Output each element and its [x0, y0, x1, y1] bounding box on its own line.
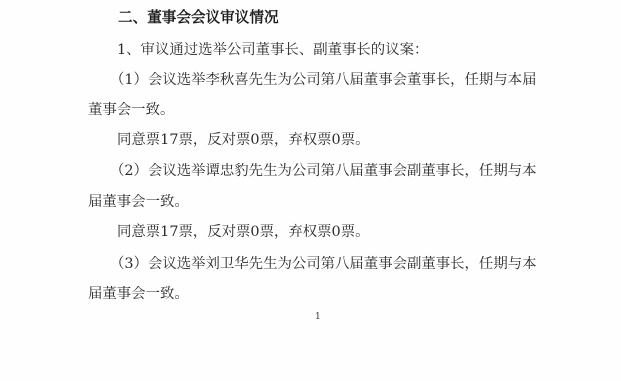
page-number: 1 [315, 308, 321, 326]
resolution-2-vote: 同意票17票，反对票0票，弃权票0票。 [117, 223, 369, 241]
resolution-1-line-2: 董事会一致。 [88, 101, 174, 119]
resolution-2-line-2: 届董事会一致。 [88, 193, 189, 211]
section-heading: 二、董事会会议审议情况 [118, 9, 279, 27]
resolution-2-line-1: （2）会议选举谭忠豹先生为公司第八届董事会副董事长，任期与本 [110, 162, 537, 180]
resolution-3-line-2: 届董事会一致。 [88, 285, 189, 303]
resolution-1-line-1: （1）会议选举李秋喜先生为公司第八届董事会董事长，任期与本届 [110, 71, 537, 89]
resolution-3-line-1: （3）会议选举刘卫华先生为公司第八届董事会副董事长，任期与本 [110, 255, 537, 273]
document-page: 二、董事会会议审议情况 1、审议通过选举公司董事长、副董事长的议案： （1）会议… [0, 0, 621, 381]
item-title: 1、审议通过选举公司董事长、副董事长的议案： [117, 41, 428, 59]
resolution-1-vote: 同意票17票，反对票0票，弃权票0票。 [117, 131, 369, 149]
